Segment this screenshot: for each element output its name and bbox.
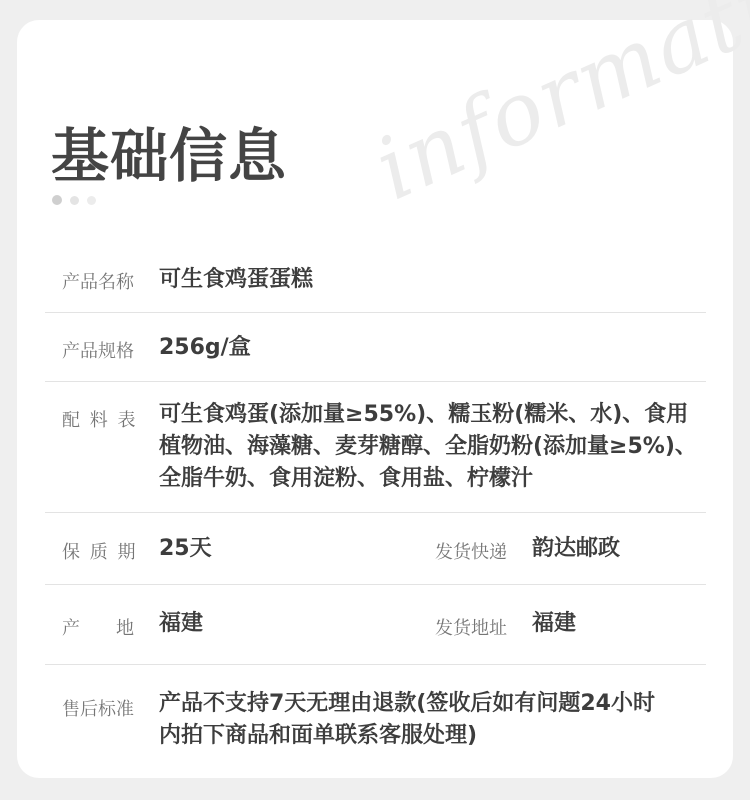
ingredients-line: 植物油、海藻糖、麦芽糖醇、全脂奶粉(添加量≥5%)、 — [159, 431, 750, 463]
origin-value: 福建 — [159, 607, 203, 641]
after-sales-label: 售后标准 — [62, 695, 134, 721]
dot-icon — [52, 195, 62, 205]
product-name-label: 产品名称 — [62, 268, 134, 294]
page-title: 基础信息 — [51, 124, 287, 190]
dot-icon — [87, 196, 96, 205]
ingredients-line: 可生食鸡蛋(添加量≥55%)、糯玉粉(糯米、水)、食用 — [159, 399, 750, 431]
ingredients-label: 配 料 表 — [62, 406, 137, 432]
information-watermark: information — [361, 0, 750, 220]
ship-from-label: 发货地址 — [435, 614, 507, 640]
courier-label: 发货快递 — [435, 538, 507, 564]
product-spec-label: 产品规格 — [62, 337, 134, 363]
ingredients-line: 全脂牛奶、食用淀粉、食用盐、柠檬汁 — [159, 463, 750, 495]
divider — [45, 512, 706, 513]
shelf-life-value: 25天 — [159, 532, 212, 566]
divider — [45, 381, 706, 382]
basic-info-card: information 基础信息 产品名称 可生食鸡蛋蛋糕 产品规格 256g/… — [17, 20, 733, 778]
divider — [45, 312, 706, 313]
after-sales-line: 产品不支持7天无理由退款(签收后如有问题24小时 — [159, 688, 719, 720]
ingredients-value: 可生食鸡蛋(添加量≥55%)、糯玉粉(糯米、水)、食用 植物油、海藻糖、麦芽糖醇… — [159, 399, 750, 495]
product-spec-value: 256g/盒 — [159, 331, 251, 365]
shelf-life-label: 保 质 期 — [62, 538, 137, 564]
divider — [45, 584, 706, 585]
origin-label: 产 地 — [62, 614, 134, 640]
after-sales-line: 内拍下商品和面单联系客服处理) — [159, 720, 719, 752]
divider — [45, 664, 706, 665]
dot-icon — [70, 196, 79, 205]
product-name-value: 可生食鸡蛋蛋糕 — [159, 263, 313, 297]
page-indicator-dots — [52, 195, 96, 205]
ship-from-value: 福建 — [532, 607, 576, 641]
courier-value: 韵达邮政 — [532, 532, 620, 566]
after-sales-value: 产品不支持7天无理由退款(签收后如有问题24小时 内拍下商品和面单联系客服处理) — [159, 688, 719, 752]
